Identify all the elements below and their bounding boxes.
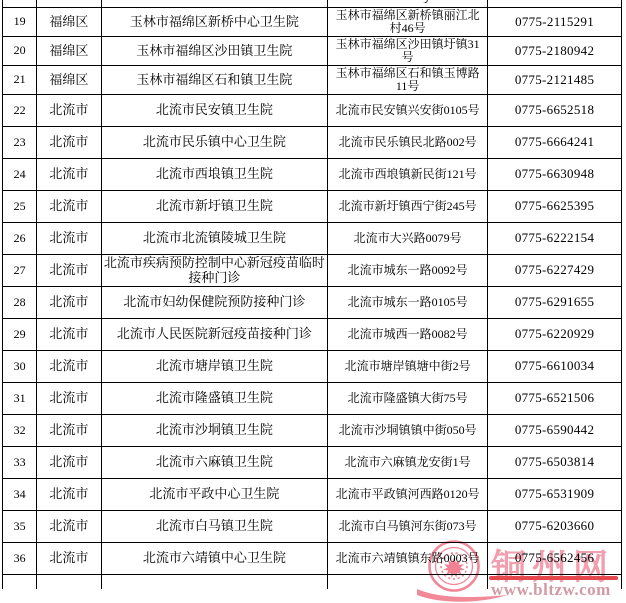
address-cell: 北流市城东一路0105号 (328, 287, 488, 319)
address-cell: 北流市隆盛镇大街75号 (328, 383, 488, 415)
institution-cell: 北流市疾病预防控制中心新冠疫苗临时接种门诊 (101, 255, 327, 287)
phone-cell: 0775-6590442 (488, 415, 622, 447)
district-cell: 北流市 (37, 351, 101, 383)
phone-cell: 0775-6503814 (488, 447, 622, 479)
row-number-cell: 19 (3, 8, 37, 37)
table-row: 21福绵区玉林市福绵区石和镇卫生院玉林市福绵区石和镇玉博路11号0775-212… (3, 66, 622, 95)
address-cell: 北流市城东一路0092号 (328, 255, 488, 287)
district-cell: 北流市 (37, 255, 101, 287)
table-row: 30北流市北流市塘岸镇卫生院北流市塘岸镇塘中街2号0775-6610034 (3, 351, 622, 383)
institution-cell: 北流市妇幼保健院预防接种门诊 (101, 287, 327, 319)
row-number-cell: 35 (3, 511, 37, 543)
table-bottom-partial (3, 575, 622, 590)
table-row: 34北流市北流市平政中心卫生院北流市平政镇河西路0120号0775-653190… (3, 479, 622, 511)
table-row: 26北流市北流市北流镇陵城卫生院北流市大兴路0079号0775-6222154 (3, 223, 622, 255)
institution-cell: 北流市六麻镇卫生院 (101, 447, 327, 479)
district-cell: 北流市 (37, 287, 101, 319)
address-cell: 玉林市福绵区沙田镇圩镇31号 (328, 37, 488, 66)
clipped-text-fragment: 号 (418, 0, 430, 5)
district-cell: 北流市 (37, 543, 101, 575)
table-row: 23北流市北流市民乐镇中心卫生院北流市民乐镇民北路002号0775-666424… (3, 127, 622, 159)
table-row: 35北流市北流市白马镇卫生院北流市白马镇河东街073号0775-6203660 (3, 511, 622, 543)
table-row: 25北流市北流市新圩镇卫生院北流市新圩镇西宁街245号0775-6625395 (3, 191, 622, 223)
row-number-cell: 27 (3, 255, 37, 287)
phone-cell: 0775-6222154 (488, 223, 622, 255)
institution-cell: 北流市新圩镇卫生院 (101, 191, 327, 223)
phone-cell: 0775-6652518 (488, 95, 622, 127)
district-cell: 北流市 (37, 383, 101, 415)
phone-cell: 0775-6291655 (488, 287, 622, 319)
phone-cell: 0775-6630948 (488, 159, 622, 191)
district-cell: 北流市 (37, 191, 101, 223)
row-number-cell: 21 (3, 66, 37, 95)
table-row: 24北流市北流市西埌镇卫生院北流市西埌镇新民街121号0775-6630948 (3, 159, 622, 191)
address-cell: 北流市白马镇河东街073号 (328, 511, 488, 543)
district-cell: 北流市 (37, 127, 101, 159)
district-cell: 北流市 (37, 447, 101, 479)
row-number-cell: 28 (3, 287, 37, 319)
district-cell: 北流市 (37, 95, 101, 127)
table-row: 29北流市北流市人民医院新冠疫苗接种门诊北流市城西一路0082号0775-622… (3, 319, 622, 351)
address-cell: 北流市六麻镇龙安街1号 (328, 447, 488, 479)
row-number-cell: 26 (3, 223, 37, 255)
institution-cell: 北流市平政中心卫生院 (101, 479, 327, 511)
phone-cell: 0775-2115291 (488, 8, 622, 37)
partial-cell (37, 0, 101, 8)
institution-cell: 玉林市福绵区沙田镇卫生院 (101, 37, 327, 66)
institution-cell: 玉林市福绵区新桥中心卫生院 (101, 8, 327, 37)
phone-cell: 0775-6610034 (488, 351, 622, 383)
institution-cell: 北流市民安镇卫生院 (101, 95, 327, 127)
institution-cell: 北流市白马镇卫生院 (101, 511, 327, 543)
phone-cell: 0775-6664241 (488, 127, 622, 159)
row-number-cell: 23 (3, 127, 37, 159)
table-row: 33北流市北流市六麻镇卫生院北流市六麻镇龙安街1号0775-6503814 (3, 447, 622, 479)
institution-cell: 北流市沙垌镇卫生院 (101, 415, 327, 447)
row-number-cell: 34 (3, 479, 37, 511)
partial-cell (101, 575, 327, 590)
district-cell: 福绵区 (37, 37, 101, 66)
table-row: 32北流市北流市沙垌镇卫生院北流市沙垌镇镇中街050号0775-6590442 (3, 415, 622, 447)
address-cell: 北流市西埌镇新民街121号 (328, 159, 488, 191)
partial-row-above: 号 (3, 0, 622, 8)
row-number-cell: 32 (3, 415, 37, 447)
district-cell: 北流市 (37, 479, 101, 511)
district-cell: 北流市 (37, 223, 101, 255)
phone-cell: 0775-6227429 (488, 255, 622, 287)
district-cell: 福绵区 (37, 8, 101, 37)
phone-cell: 0775-6521506 (488, 383, 622, 415)
partial-cell (37, 575, 101, 590)
institution-cell: 玉林市福绵区石和镇卫生院 (101, 66, 327, 95)
page: 号 19福绵区玉林市福绵区新桥中心卫生院玉林市福绵区新桥镇丽江北村46号0775… (0, 0, 626, 603)
partial-cell (488, 575, 622, 590)
table-row: 31北流市北流市隆盛镇卫生院北流市隆盛镇大街75号0775-6521506 (3, 383, 622, 415)
district-cell: 福绵区 (37, 66, 101, 95)
partial-cell: 号 (328, 0, 488, 8)
phone-cell: 0775-6220929 (488, 319, 622, 351)
district-cell: 北流市 (37, 159, 101, 191)
vaccination-sites-table: 号 19福绵区玉林市福绵区新桥中心卫生院玉林市福绵区新桥镇丽江北村46号0775… (2, 0, 622, 589)
row-number-cell: 30 (3, 351, 37, 383)
institution-cell: 北流市隆盛镇卫生院 (101, 383, 327, 415)
table-row: 22北流市北流市民安镇卫生院北流市民安镇兴安街0105号0775-6652518 (3, 95, 622, 127)
phone-cell: 0775-2121485 (488, 66, 622, 95)
partial-cell (488, 0, 622, 8)
address-cell: 北流市城西一路0082号 (328, 319, 488, 351)
address-cell: 北流市沙垌镇镇中街050号 (328, 415, 488, 447)
institution-cell: 北流市民乐镇中心卫生院 (101, 127, 327, 159)
phone-cell: 0775-6625395 (488, 191, 622, 223)
partial-row-below (3, 575, 622, 590)
address-cell: 玉林市福绵区新桥镇丽江北村46号 (328, 8, 488, 37)
row-number-cell: 25 (3, 191, 37, 223)
phone-cell: 0775-6203660 (488, 511, 622, 543)
clinic-table-body: 19福绵区玉林市福绵区新桥中心卫生院玉林市福绵区新桥镇丽江北村46号0775-2… (3, 8, 622, 575)
table-top-partial: 号 (3, 0, 622, 8)
row-number-cell: 29 (3, 319, 37, 351)
phone-cell: 0775-2180942 (488, 37, 622, 66)
institution-cell: 北流市人民医院新冠疫苗接种门诊 (101, 319, 327, 351)
table-row: 28北流市北流市妇幼保健院预防接种门诊北流市城东一路0105号0775-6291… (3, 287, 622, 319)
address-cell: 北流市大兴路0079号 (328, 223, 488, 255)
phone-cell: 0775-6562456 (488, 543, 622, 575)
institution-cell: 北流市塘岸镇卫生院 (101, 351, 327, 383)
institution-cell: 北流市六靖镇中心卫生院 (101, 543, 327, 575)
partial-cell (3, 575, 37, 590)
phone-cell: 0775-6531909 (488, 479, 622, 511)
row-number-cell: 36 (3, 543, 37, 575)
institution-cell: 北流市西埌镇卫生院 (101, 159, 327, 191)
partial-cell (3, 0, 37, 8)
district-cell: 北流市 (37, 511, 101, 543)
address-cell: 玉林市福绵区石和镇玉博路11号 (328, 66, 488, 95)
address-cell: 北流市平政镇河西路0120号 (328, 479, 488, 511)
row-number-cell: 31 (3, 383, 37, 415)
district-cell: 北流市 (37, 415, 101, 447)
table-row: 36北流市北流市六靖镇中心卫生院北流市六靖镇镇东路0003号0775-65624… (3, 543, 622, 575)
table-row: 19福绵区玉林市福绵区新桥中心卫生院玉林市福绵区新桥镇丽江北村46号0775-2… (3, 8, 622, 37)
district-cell: 北流市 (37, 319, 101, 351)
address-cell: 北流市六靖镇镇东路0003号 (328, 543, 488, 575)
partial-cell (328, 575, 488, 590)
row-number-cell: 20 (3, 37, 37, 66)
address-cell: 北流市民安镇兴安街0105号 (328, 95, 488, 127)
address-cell: 北流市新圩镇西宁街245号 (328, 191, 488, 223)
address-cell: 北流市民乐镇民北路002号 (328, 127, 488, 159)
partial-cell (101, 0, 327, 8)
row-number-cell: 33 (3, 447, 37, 479)
table-row: 27北流市北流市疾病预防控制中心新冠疫苗临时接种门诊北流市城东一路0092号07… (3, 255, 622, 287)
address-cell: 北流市塘岸镇塘中街2号 (328, 351, 488, 383)
row-number-cell: 22 (3, 95, 37, 127)
row-number-cell: 24 (3, 159, 37, 191)
table-row: 20福绵区玉林市福绵区沙田镇卫生院玉林市福绵区沙田镇圩镇31号0775-2180… (3, 37, 622, 66)
institution-cell: 北流市北流镇陵城卫生院 (101, 223, 327, 255)
